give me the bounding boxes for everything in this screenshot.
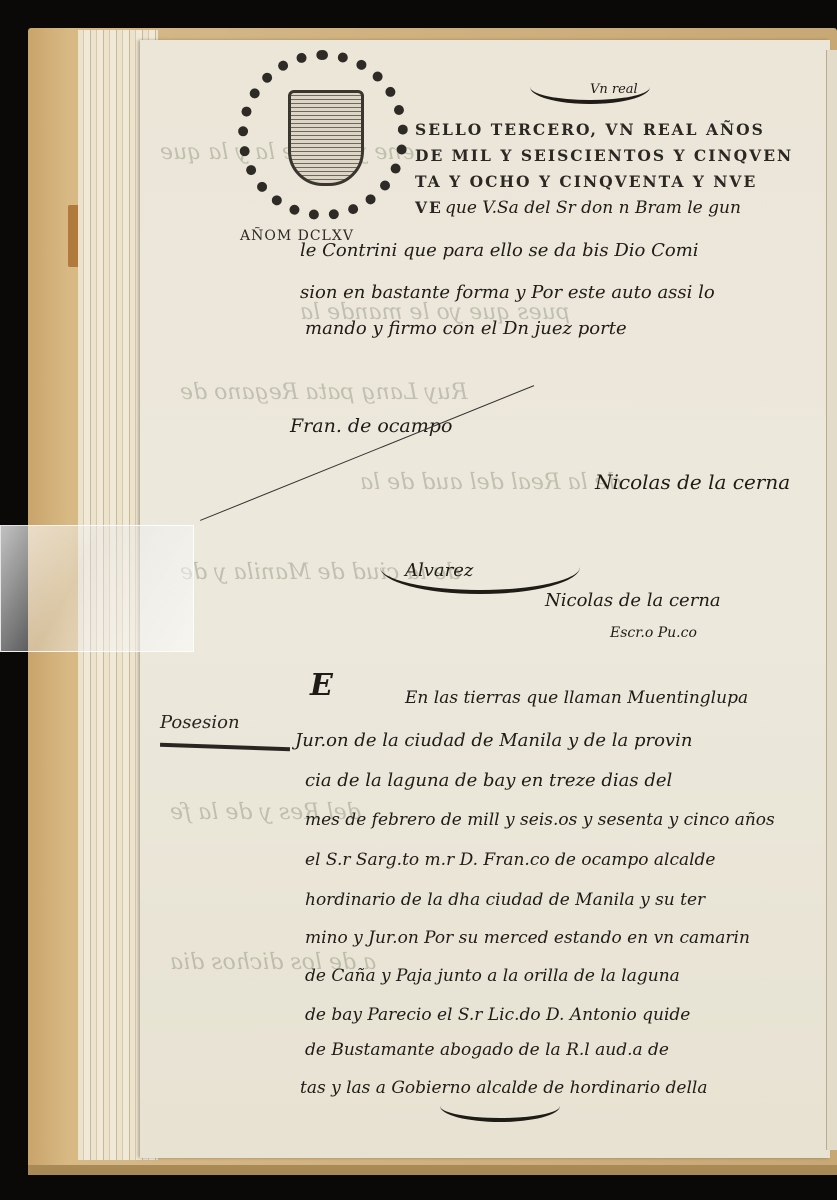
text-line: mino y Jur.on Por su merced estando en v… — [305, 928, 750, 948]
text-line: En las tierras que llaman Muentinglupa — [405, 688, 748, 708]
initial-letter: E — [310, 668, 333, 703]
closing-flourish — [440, 1090, 560, 1122]
stamp-line-1: SELLO TERCERO, VN REAL AÑOS — [415, 120, 765, 139]
clear-plastic-marker — [0, 525, 194, 652]
margin-note: Posesion — [160, 712, 240, 733]
text-line: hordinario de la dha ciudad de Manila y … — [305, 890, 705, 910]
signature-cerna-2: Nicolas de la cerna — [545, 590, 721, 611]
text-line: mes de febrero de mill y seis.os y sesen… — [305, 810, 775, 830]
text-line: de Caña y Paja junto a la orilla de la l… — [305, 966, 680, 986]
text-line: de Bustamante abogado de la R.l aud.a de — [305, 1040, 669, 1060]
adjacent-page-edge — [826, 50, 837, 1150]
signature-cerna: Nicolas de la cerna — [595, 470, 790, 494]
cover-bottom-edge — [28, 1165, 837, 1175]
signature-title: Escr.o Pu.co — [610, 625, 697, 641]
bleed-through-text: de la Real del aud de la — [360, 470, 622, 495]
flourish-mark — [530, 70, 650, 104]
coat-of-arms-icon — [288, 90, 364, 186]
text-line: le Contrini que para ello se da bis Dio … — [300, 240, 699, 261]
text-line: el S.r Sarg.to m.r D. Fran.co de ocampo … — [305, 850, 715, 870]
signature-ocampo: Fran. de ocampo — [290, 415, 452, 437]
text-line: que V.Sa del Sr don n Bram le gun — [445, 198, 741, 218]
bleed-through-text: Ruy Lang pata Regano de — [180, 380, 468, 405]
royal-seal-emblem — [238, 50, 408, 220]
text-line: Jur.on de la ciudad de Manila y de la pr… — [295, 730, 692, 751]
text-line: cia de la laguna de bay en treze dias de… — [305, 770, 672, 791]
stamp-line-2: DE MIL Y SEISCIENTOS Y CINQVEN — [415, 146, 793, 165]
stamp-line-3: TA Y OCHO Y CINQVENTA Y NVE — [415, 172, 757, 191]
flourish-mark — [380, 540, 580, 594]
text-line: mando y firmo con el Dn juez porte — [305, 318, 627, 339]
text-line: sion en bastante forma y Por este auto a… — [300, 282, 715, 303]
text-line: de bay Parecio el S.r Lic.do D. Antonio … — [305, 1005, 690, 1025]
stamp-line-4: VE — [415, 198, 443, 217]
